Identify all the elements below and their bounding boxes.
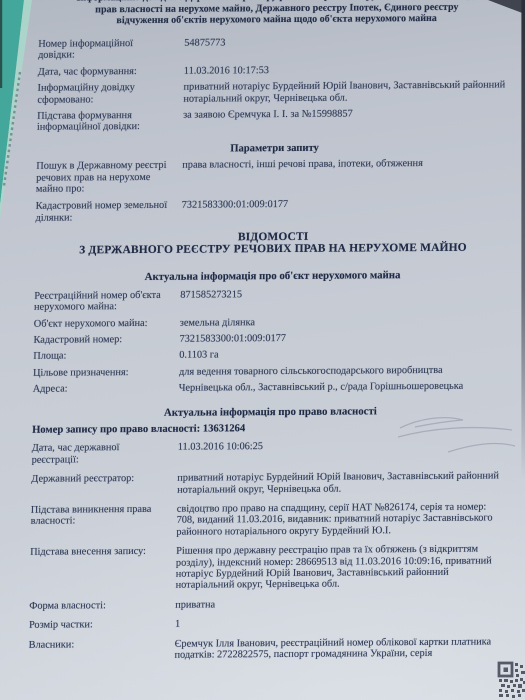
field-ownership-origin-basis: Підстава виникнення права власності: сві…: [30, 501, 507, 539]
qr-code: [499, 663, 525, 698]
object-info-title: Актуальна інформація про об'єкт нерухомо…: [34, 270, 510, 285]
field-label: Дата, час державної реєстрації:: [32, 442, 164, 466]
registry-extract-title: ВІДОМОСТІ З ДЕРЖАВНОГО РЕЄСТРУ РЕЧОВИХ П…: [35, 230, 511, 257]
field-label: Підстава внесення запису:: [30, 546, 163, 593]
field-value: 7321583300:01:009:0177: [181, 198, 503, 223]
query-params-block: Пошук в Державному реєстрі речових прав …: [35, 158, 512, 224]
field-value: 0.1103 га: [179, 348, 501, 362]
field-label: Державний реєстратор:: [31, 473, 163, 497]
field-value: приватна: [175, 597, 497, 611]
field-label: Реєстраційний номер об'єкта нерухомого м…: [34, 289, 166, 313]
field-value: приватний нотаріус Бурдейний Юрій Іванов…: [177, 471, 499, 496]
field-label: Власники:: [28, 638, 160, 662]
field-label: Площа:: [33, 350, 165, 362]
field-value: для ведення товарного сільськогосподарсь…: [179, 364, 501, 378]
field-address: Адреса: Чернівецька обл., Заставнівський…: [33, 381, 509, 396]
field-formation-datetime: Дата, час формування: 11.03.2016 10:17:5…: [38, 63, 514, 78]
field-label: Підстава формування інформаційної довідк…: [37, 110, 169, 134]
registry-extract-title-line2: З ДЕРЖАВНОГО РЕЄСТРУ РЕЧОВИХ ПРАВ НА НЕР…: [35, 242, 511, 257]
field-registration-datetime: Дата, час державної реєстрації: 11.03.20…: [32, 440, 508, 466]
field-area: Площа: 0.1103 га: [33, 348, 509, 363]
field-value: 54875773: [184, 35, 506, 60]
field-value: Чернівецька обл., Заставнівський р., с/р…: [179, 381, 501, 395]
field-object-type: Об'єкт нерухомого майна: земельна ділянк…: [34, 315, 510, 330]
field-state-registrar: Державний реєстратор: приватний нотаріус…: [31, 471, 507, 497]
field-value: 871585273215: [180, 287, 502, 312]
ownership-info-block: Дата, час державної реєстрації: 11.03.20…: [28, 440, 508, 662]
photographed-document: { "document": { "header": { "line1_parti…: [0, 0, 525, 700]
field-label: Об'єкт нерухомого майна:: [34, 317, 166, 329]
field-label: Форма власності:: [29, 600, 161, 612]
field-value: Єремчук Ілля Іванович, реєстраційний ном…: [174, 636, 496, 661]
field-label: Підстава виникнення права власності:: [30, 504, 163, 539]
field-value: 7321583300:01:009:0177: [179, 331, 501, 345]
field-cadastral-number-query: Кадастровий номер земельної ділянки: 732…: [35, 198, 511, 224]
field-cadastral-number: Кадастровий номер: 7321583300:01:009:017…: [33, 331, 509, 346]
field-value: 11.03.2016 10:06:25: [178, 440, 500, 465]
field-value: приватний нотаріус Бурдейний Юрій Іванов…: [183, 80, 505, 105]
field-label: Пошук в Державному реєстрі речових прав …: [36, 160, 169, 195]
field-label: Дата, час формування:: [38, 66, 170, 78]
field-value: Рішення про державну реєстрацію прав та …: [176, 544, 499, 592]
field-info-number: Номер інформаційної довідки: 54875773: [38, 35, 514, 61]
field-label: Розмір частки:: [29, 619, 161, 631]
field-label: Кадастровий номер:: [33, 334, 165, 346]
object-info-block: Реєстраційний номер об'єкта нерухомого м…: [33, 287, 511, 395]
field-value: земельна ділянка: [180, 315, 502, 329]
document-content: Інформаційна довідка з Державного реєстр…: [0, 0, 525, 670]
field-value: 11.03.2016 10:17:53: [184, 63, 506, 77]
field-label: Цільове призначення:: [33, 367, 165, 379]
field-label: Адреса:: [33, 383, 165, 395]
document-page: Інформаційна довідка з Державного реєстр…: [0, 0, 525, 700]
field-value: свідоцтво про право на спадщину, серії Н…: [176, 501, 499, 537]
field-label: Інформаційну довідку сформовано:: [37, 82, 169, 106]
field-record-entry-basis: Підстава внесення запису: Рішення про де…: [30, 544, 507, 593]
field-value: 1: [175, 617, 497, 631]
field-formed-by: Інформаційну довідку сформовано: приватн…: [37, 80, 513, 106]
info-certificate-block: Номер інформаційної довідки: 54875773 Да…: [37, 35, 515, 133]
field-label: Кадастровий номер земельної ділянки:: [35, 200, 167, 224]
query-params-title: Параметри запиту: [37, 141, 513, 156]
field-share-size: Розмір частки: 1: [29, 617, 505, 632]
field-ownership-form: Форма власності: приватна: [29, 597, 505, 612]
field-search-scope: Пошук в Державному реєстрі речових прав …: [36, 158, 513, 196]
ownership-info-title: Актуальна інформація про право власності: [32, 405, 508, 420]
field-owners: Власники: Єремчук Ілля Іванович, реєстра…: [28, 636, 504, 662]
field-purpose: Цільове призначення: для ведення товарно…: [33, 364, 509, 379]
document-title: Інформаційна довідка з Державного реєстр…: [39, 0, 515, 27]
field-value: права власності, інші речові права, іпот…: [182, 158, 505, 194]
field-value: за заявою Єремчука І. І. за №15998857: [183, 107, 505, 132]
field-object-reg-number: Реєстраційний номер об'єкта нерухомого м…: [34, 287, 510, 313]
field-formation-basis: Підстава формування інформаційної довідк…: [37, 107, 513, 133]
ownership-record-number: Номер запису про право власності: 136312…: [32, 421, 508, 436]
field-label: Номер інформаційної довідки:: [38, 38, 170, 62]
